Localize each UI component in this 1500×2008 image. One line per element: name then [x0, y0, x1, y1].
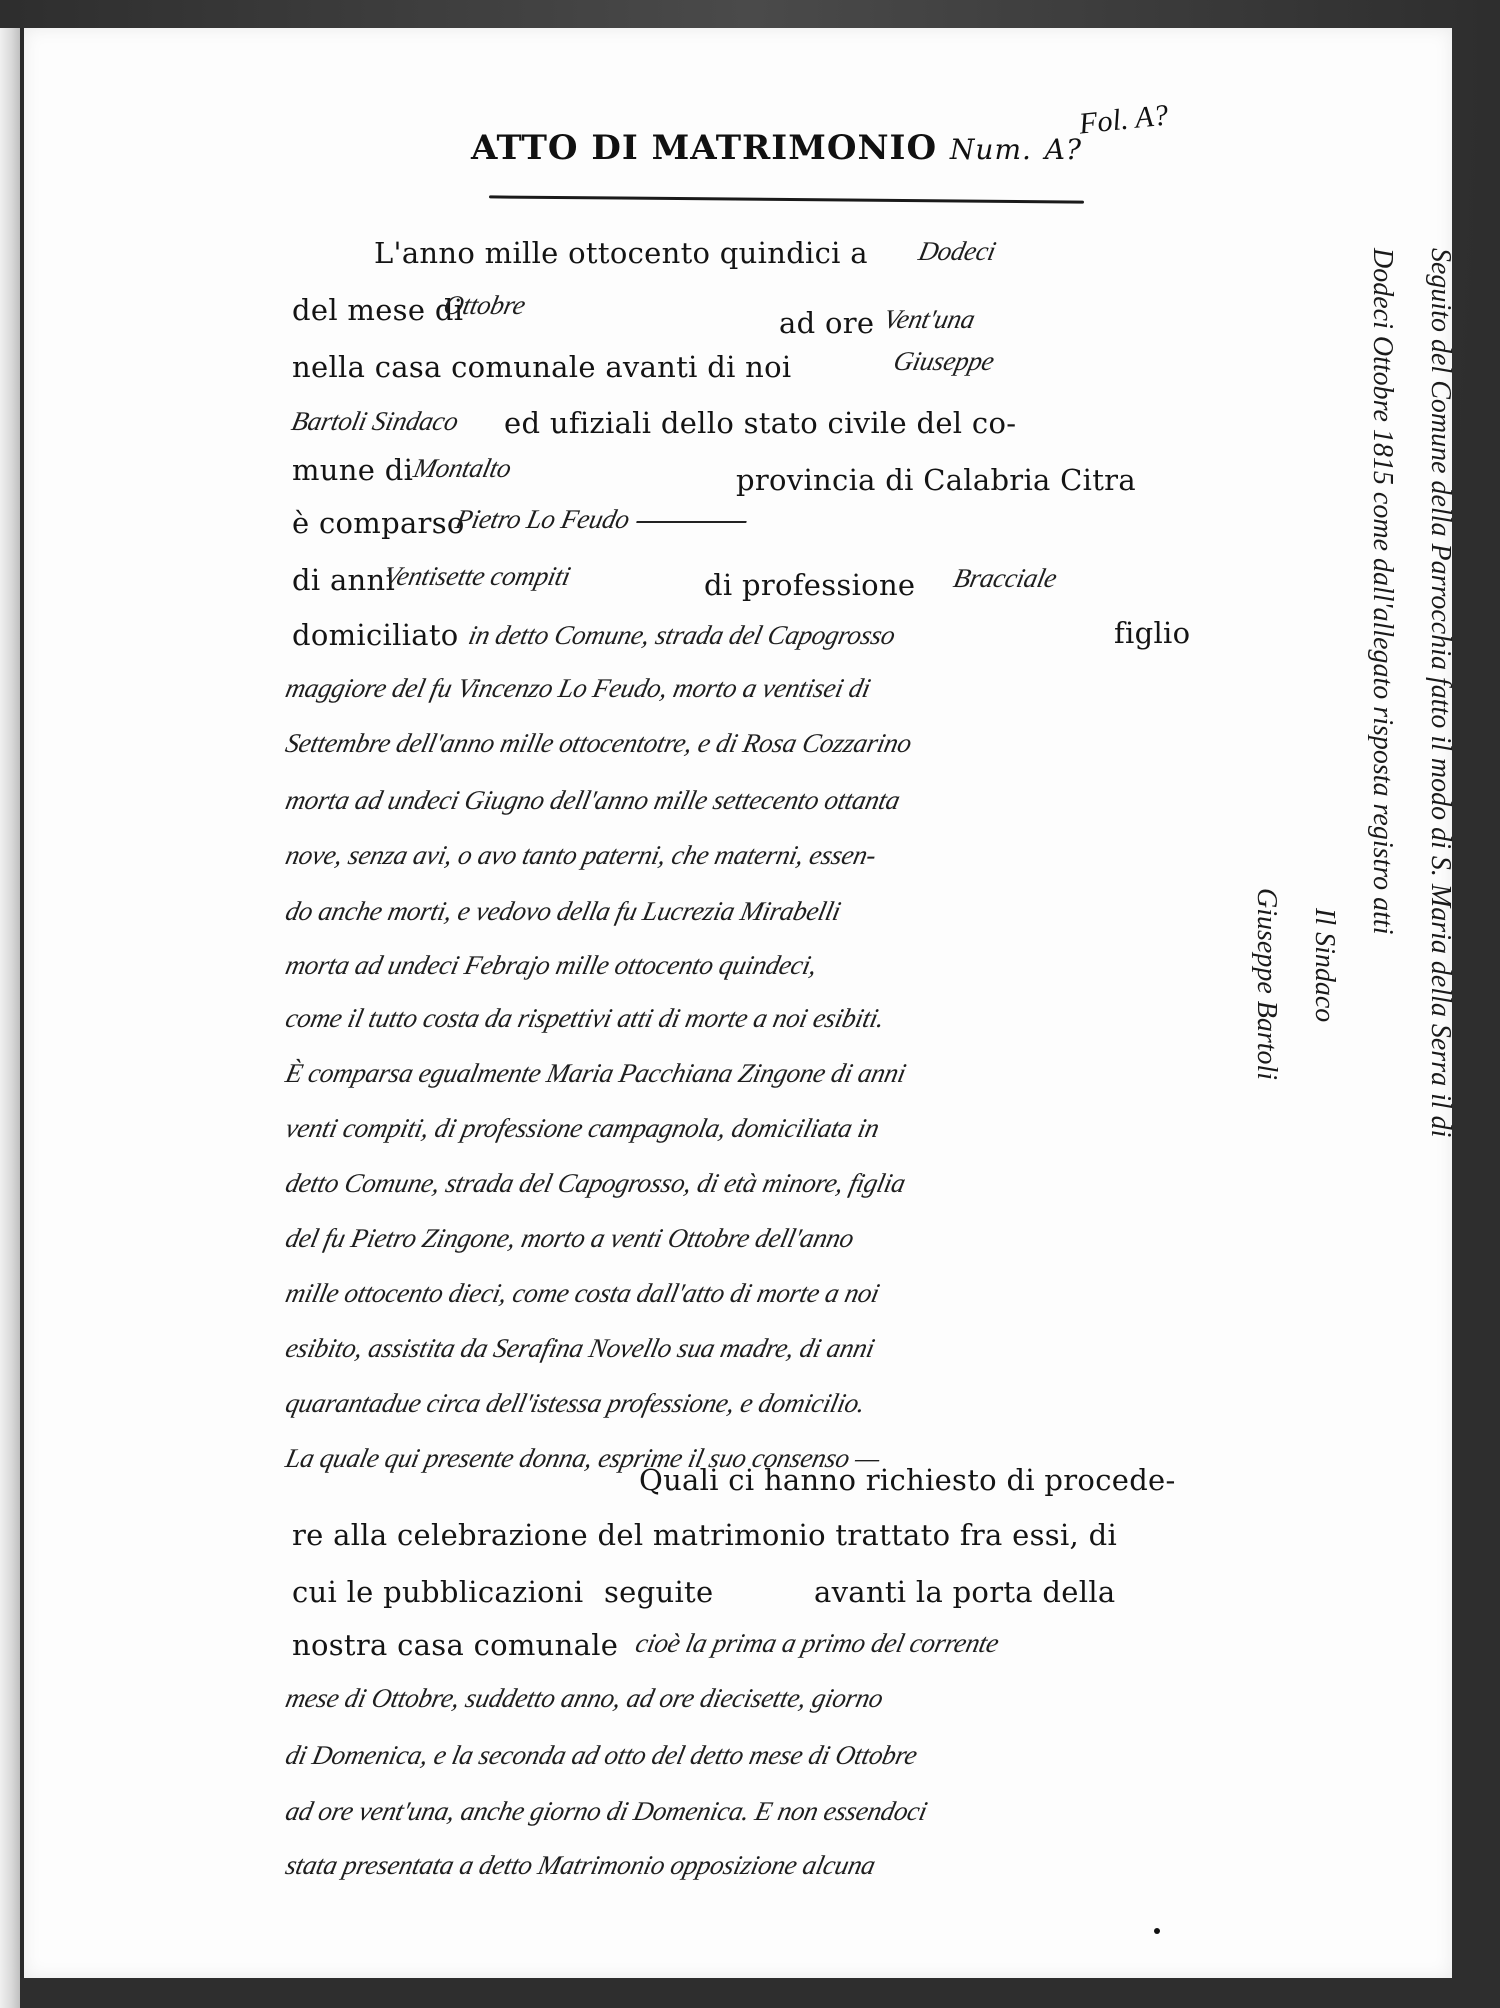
fill-month: Ottobre: [441, 290, 528, 321]
folio-number: Fol. A?: [1077, 98, 1170, 141]
body-line: venti compiti, di professione campagnola…: [283, 1113, 882, 1144]
form-line-2b: ad ore: [779, 306, 874, 340]
facing-page-edge: [0, 28, 20, 2008]
form-line-11c: avanti la porta della: [814, 1575, 1115, 1609]
fill-domicile: in detto Comune, strada del Capogrosso: [466, 620, 898, 651]
form-line-2a: del mese di: [292, 293, 463, 327]
form-line-8a: domiciliato: [292, 618, 459, 652]
body-line: morta ad undeci Giugno dell'anno mille s…: [283, 785, 903, 816]
title-text: ATTO DI MATRIMONIO: [471, 128, 937, 168]
fill-hour: Vent'una: [881, 304, 978, 335]
form-line-4: ed ufiziali dello stato civile del co-: [504, 406, 1016, 440]
body-line: maggiore del fu Vincenzo Lo Feudo, morto…: [283, 673, 873, 704]
form-line-7b: di professione: [704, 568, 915, 602]
margin-annotation: Seguito del Comune della Parrocchia fatt…: [1237, 248, 1469, 1748]
form-line-11b: seguite: [604, 1575, 713, 1609]
tail-line: mese di Ottobre, suddetto anno, ad ore d…: [283, 1683, 886, 1714]
body-line: quarantadue circa dell'istessa professio…: [283, 1388, 868, 1419]
fill-official-last: Bartoli Sindaco: [289, 406, 461, 437]
form-line-5b: provincia di Calabria Citra: [736, 463, 1136, 497]
body-line: Settembre dell'anno mille ottocentotre, …: [283, 728, 915, 759]
tail-line: stata presentata a detto Matrimonio oppo…: [283, 1850, 878, 1881]
form-line-10: re alla celebrazione del matrimonio trat…: [292, 1518, 1117, 1552]
form-line-6: è comparso: [292, 506, 465, 540]
body-line: morta ad undeci Febrajo mille ottocento …: [283, 950, 820, 981]
form-line-8b: figlio: [1114, 616, 1190, 650]
form-line-3: nella casa comunale avanti di noi: [292, 350, 791, 384]
fill-profession: Bracciale: [951, 563, 1060, 594]
title-num-value: A?: [1045, 133, 1082, 166]
fill-official-first: Giuseppe: [891, 346, 997, 377]
fill-comune: Montalto: [411, 453, 514, 484]
title-num-label: Num.: [950, 133, 1032, 166]
body-line: esibito, assistita da Serafina Novello s…: [283, 1333, 877, 1364]
margin-line-4: Giuseppe Bartoli: [1237, 248, 1295, 1748]
tail-line: ad ore vent'una, anche giorno di Domenic…: [283, 1796, 930, 1827]
fill-day: Dodeci: [916, 236, 999, 267]
tail-line: di Domenica, e la seconda ad otto del de…: [283, 1740, 920, 1771]
margin-line-1: Seguito del Comune della Parrocchia fatt…: [1411, 248, 1469, 1748]
body-line: detto Comune, strada del Capogrosso, di …: [283, 1168, 908, 1199]
ink-spot: [1154, 1928, 1160, 1934]
body-line: È comparsa egualmente Maria Pacchiana Zi…: [283, 1058, 909, 1089]
form-line-12: nostra casa comunale: [292, 1628, 618, 1662]
fill-groom: Pietro Lo Feudo: [453, 504, 751, 535]
form-line-5a: mune di: [292, 453, 413, 487]
margin-line-2: Dodeci Ottobre 1815 come dall'allegato r…: [1353, 248, 1411, 1748]
form-line-9: Quali ci hanno richiesto di procede-: [639, 1463, 1176, 1497]
body-line: mille ottocento dieci, come costa dall'a…: [283, 1278, 882, 1309]
title-divider: [489, 195, 1084, 203]
fill-age: Ventisette compiti: [381, 561, 573, 592]
form-line-11a: cui le pubblicazioni: [292, 1575, 583, 1609]
document-title: ATTO DI MATRIMONIO Num. A?: [471, 128, 1082, 168]
body-line: del fu Pietro Zingone, morto a venti Ott…: [283, 1223, 857, 1254]
margin-line-3: Il Sindaco: [1295, 248, 1353, 1748]
body-line: come il tutto costa da rispettivi atti d…: [283, 1003, 887, 1034]
body-line: do anche morti, e vedovo della fu Lucrez…: [283, 896, 844, 927]
fill-publications: cioè la prima a primo del corrente: [633, 1628, 1002, 1659]
document-page: ATTO DI MATRIMONIO Num. A? Fol. A? L'ann…: [20, 28, 1452, 1978]
body-line: nove, senza avi, o avo tanto paterni, ch…: [283, 840, 879, 871]
form-line-1: L'anno mille ottocento quindici a: [374, 236, 868, 270]
